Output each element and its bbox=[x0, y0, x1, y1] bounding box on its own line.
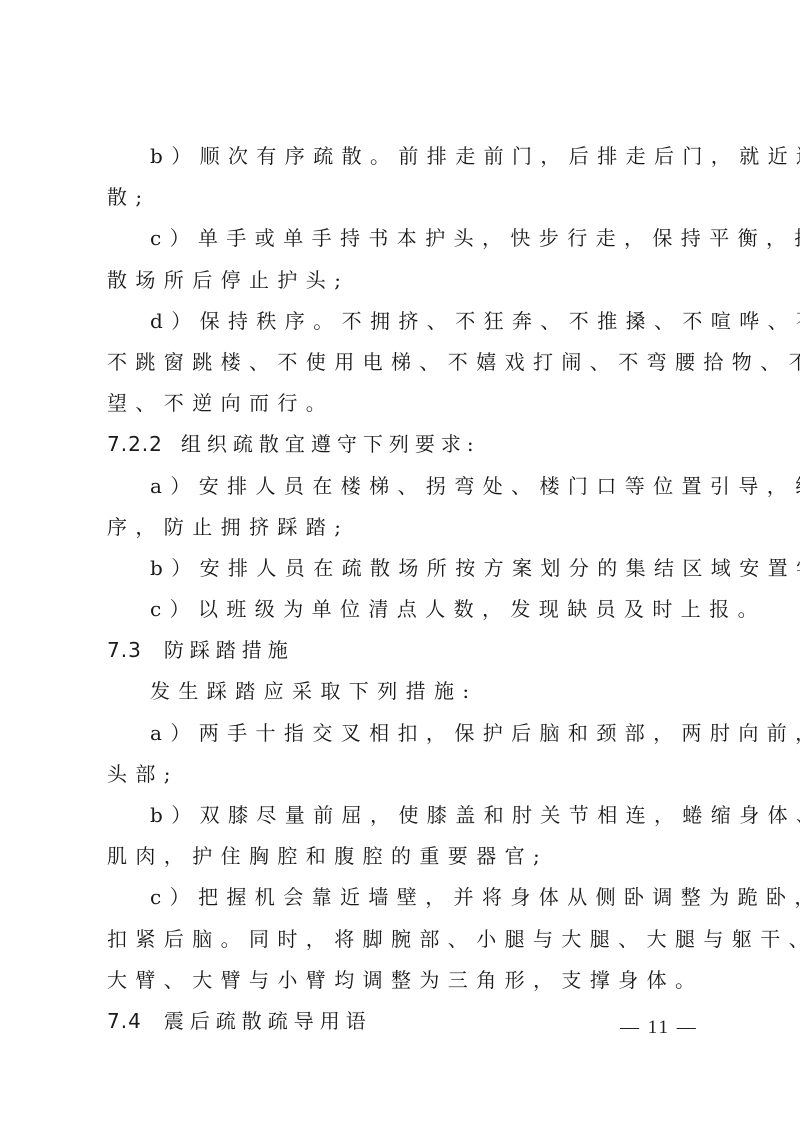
list-item-line: c）以班级为单位清点人数，发现缺员及时上报。 bbox=[107, 589, 699, 630]
list-item-line: 扣紧后脑。同时，将脚腕部、小腿与大腿、大腿与躯干、躯干与 bbox=[107, 919, 699, 960]
section-heading: 7.3防踩踏措施 bbox=[107, 630, 699, 671]
section-heading: 7.4震后疏散疏导用语 bbox=[107, 1001, 699, 1042]
list-item-line: b）安排人员在疏散场所按方案划分的集结区域安置学生; bbox=[107, 548, 699, 589]
section-title: 组织疏散宜遵守下列要求: bbox=[181, 432, 480, 456]
list-item-line: c）把握机会靠近墙壁，并将身体从侧卧调整为跪卧，双手 bbox=[107, 877, 699, 918]
list-item-line: b）双膝尽量前屈，使膝盖和肘关节相连，蜷缩身体、绷紧 bbox=[107, 795, 699, 836]
list-item-line: 望、不逆向而行。 bbox=[107, 383, 699, 424]
list-item-line: d）保持秩序。不拥挤、不狂奔、不推搡、不喧哗、不争跑、 bbox=[107, 301, 699, 342]
list-item-line: 大臂、大臂与小臂均调整为三角形，支撑身体。 bbox=[107, 960, 699, 1001]
section-title: 防踩踏措施 bbox=[164, 638, 294, 662]
page-number: — 11 — bbox=[620, 1017, 698, 1039]
list-item-line: 散场所后停止护头; bbox=[107, 260, 699, 301]
list-item-line: 序，防止拥挤踩踏; bbox=[107, 507, 699, 548]
list-item-line: b）顺次有序疏散。前排走前门，后排走后门，就近逐次疏 bbox=[107, 136, 699, 177]
list-item-line: a）两手十指交叉相扣，保护后脑和颈部，两肘向前，护住 bbox=[107, 713, 699, 754]
section-title: 震后疏散疏导用语 bbox=[164, 1009, 372, 1033]
list-item-line: 头部; bbox=[107, 754, 699, 795]
list-item-line: a）安排人员在楼梯、拐弯处、楼门口等位置引导，维持秩 bbox=[107, 466, 699, 507]
section-number: 7.3 bbox=[107, 630, 142, 671]
list-item-line: 散; bbox=[107, 177, 699, 218]
document-page: b）顺次有序疏散。前排走前门，后排走后门，就近逐次疏 散; c）单手或单手持书本… bbox=[107, 136, 699, 1042]
intro-line: 发生踩踏应采取下列措施: bbox=[107, 671, 699, 712]
section-number: 7.4 bbox=[107, 1001, 142, 1042]
section-number: 7.2.2 bbox=[107, 424, 163, 465]
section-heading: 7.2.2组织疏散宜遵守下列要求: bbox=[107, 424, 699, 465]
list-item-line: 不跳窗跳楼、不使用电梯、不嬉戏打闹、不弯腰拾物、不回头张 bbox=[107, 342, 699, 383]
list-item-line: 肌肉，护住胸腔和腹腔的重要器官; bbox=[107, 836, 699, 877]
list-item-line: c）单手或单手持书本护头，快步行走，保持平衡，抵达疏 bbox=[107, 218, 699, 259]
